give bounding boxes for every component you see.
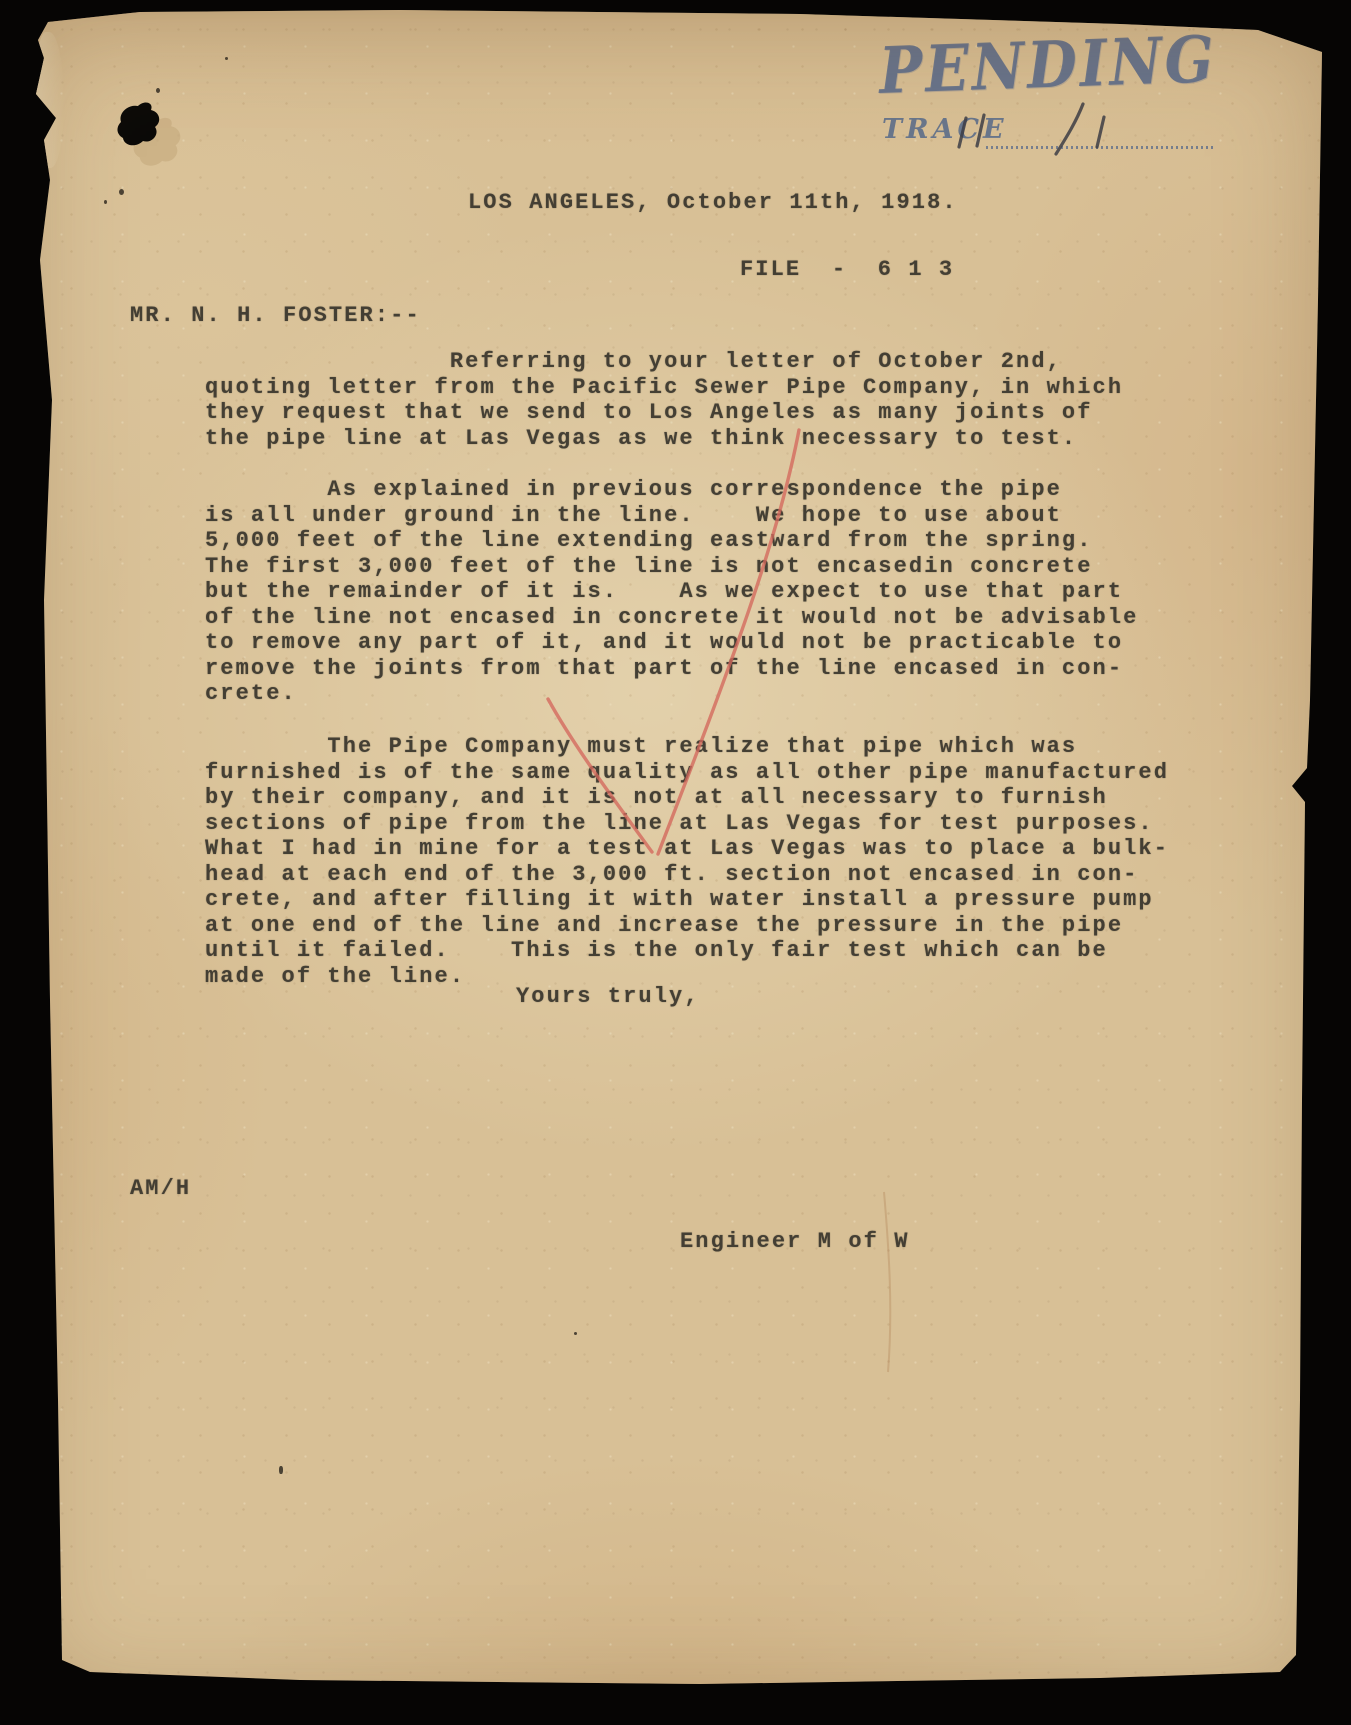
pending-stamp: PENDING [878,28,1218,104]
paragraph-3: The Pipe Company must realize that pipe … [205,734,1169,989]
salutation: MR. N. H. FOSTER:-- [130,303,421,329]
torn-edge-highlight [36,32,64,168]
trace-dotted-line [986,146,1214,149]
letter-page: PENDING TRACE LOS ANGELES, October 11th,… [0,0,1351,1725]
signature-title: Engineer M of W [680,1229,910,1255]
ink-speck [225,57,228,60]
paragraph-1: Referring to your letter of October 2nd,… [205,349,1123,451]
paper-crease [884,1192,890,1372]
scan-background: { "stamp": { "pending": "PENDING", "trac… [0,0,1351,1725]
date-line: LOS ANGELES, October 11th, 1918. [468,190,958,216]
ink-speck [104,200,107,204]
ink-speck [574,1332,577,1335]
ink-speck [156,88,160,93]
ink-speck [279,1466,283,1474]
closing: Yours truly, [516,984,700,1010]
typist-initials: AM/H [130,1176,191,1202]
paragraph-2: As explained in previous correspondence … [205,477,1138,707]
trace-label: TRACE [882,116,1008,143]
file-number-line: FILE - 6 1 3 [740,257,954,283]
ink-speck [119,189,124,195]
